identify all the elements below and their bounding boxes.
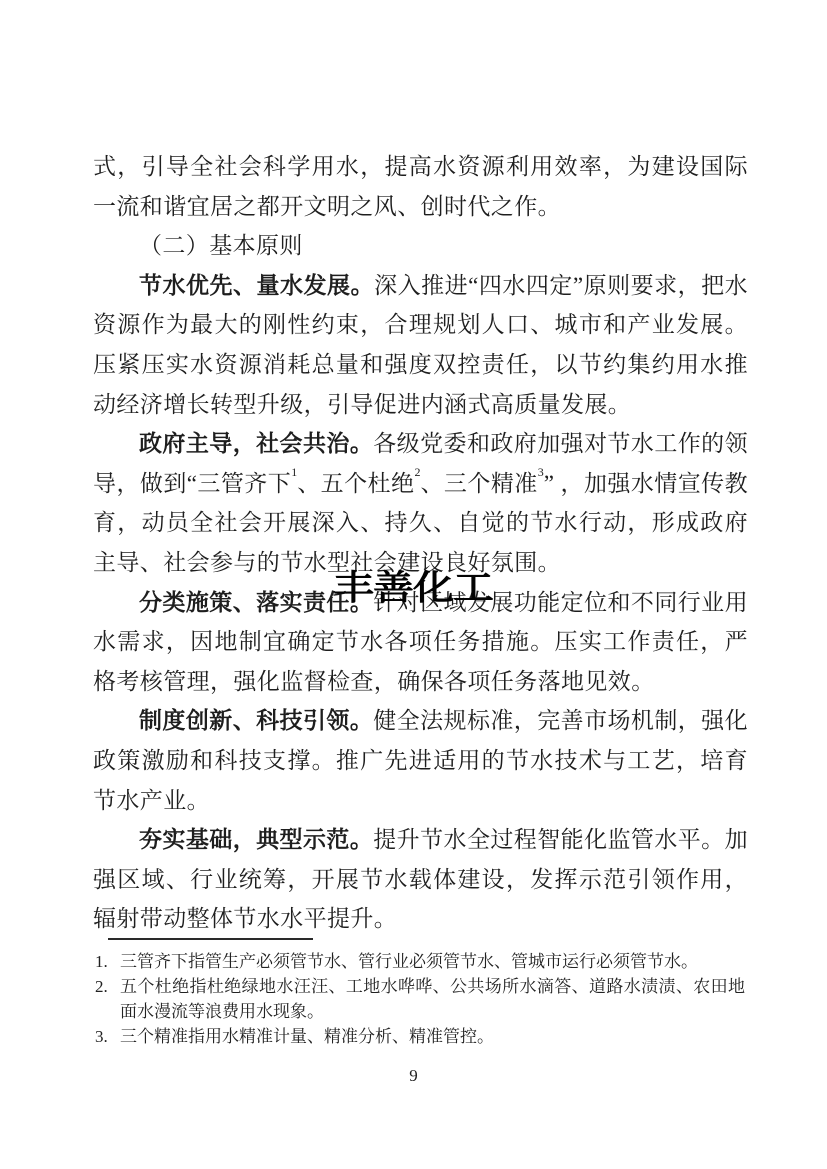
paragraph-lead: 制度创新、科技引领。 — [139, 708, 373, 733]
footnote-number: 3. — [95, 1024, 120, 1049]
footnote-ref-3: 3 — [538, 465, 544, 479]
footnote-ref-2: 2 — [414, 465, 420, 479]
paragraph-principle-government-led: 政府主导，社会共治。各级党委和政府加强对节水工作的领导，做到“三管齐下1、五个杜… — [93, 424, 748, 582]
footnote-number: 2. — [95, 974, 120, 999]
footnote-separator-line — [108, 938, 313, 940]
paragraph-principle-solid-foundation: 夯实基础，典型示范。提升节水全过程智能化监管水平。加强区域、行业统筹，开展节水载… — [93, 820, 748, 939]
paragraph-lead: 政府主导，社会共治。 — [139, 431, 373, 456]
page-number: 9 — [0, 1066, 827, 1086]
paragraph-text: 、三个精准 — [420, 471, 537, 496]
footnotes-section: 1. 三管齐下指管生产必须管节水、管行业必须管节水、管城市运行必须管节水。 2.… — [95, 938, 745, 1049]
document-body: 式，引导全社会科学用水，提高水资源利用效率，为建设国际一流和谐宜居之都开文明之风… — [93, 147, 748, 939]
paragraph-principle-institutional-innovation: 制度创新、科技引领。健全法规标准，完善市场机制，强化政策激励和科技支撑。推广先进… — [93, 701, 748, 820]
paragraph-text: 式，引导全社会科学用水，提高水资源利用效率，为建设国际一流和谐宜居之都开文明之风… — [93, 154, 748, 219]
footnote-text: 五个杜绝指杜绝绿地水汪汪、工地水哗哗、公共场所水滴答、道路水渍渍、农田地面水漫流… — [120, 974, 745, 1024]
footnote-number: 1. — [95, 949, 120, 974]
heading-text: （二）基本原则 — [139, 233, 303, 258]
document-page: 式，引导全社会科学用水，提高水资源利用效率，为建设国际一流和谐宜居之都开文明之风… — [0, 0, 827, 1169]
footnote-item: 3. 三个精准指用水精准计量、精准分析、精准管控。 — [95, 1024, 745, 1049]
footnote-ref-1: 1 — [291, 465, 297, 479]
footnote-item: 2. 五个杜绝指杜绝绿地水汪汪、工地水哗哗、公共场所水滴答、道路水渍渍、农田地面… — [95, 974, 745, 1024]
footnote-item: 1. 三管齐下指管生产必须管节水、管行业必须管节水、管城市运行必须管节水。 — [95, 949, 745, 974]
section-heading-basic-principles: （二）基本原则 — [93, 226, 748, 266]
paragraph-principle-water-saving-first: 节水优先、量水发展。深入推进“四水四定”原则要求，把水资源作为最大的刚性约束，合… — [93, 266, 748, 424]
paragraph-lead: 夯实基础，典型示范。 — [139, 827, 373, 852]
footnote-text: 三个精准指用水精准计量、精准分析、精准管控。 — [120, 1024, 745, 1049]
paragraph-text: 、五个杜绝 — [297, 471, 414, 496]
footnote-text: 三管齐下指管生产必须管节水、管行业必须管节水、管城市运行必须管节水。 — [120, 949, 745, 974]
paragraph-lead: 节水优先、量水发展。 — [139, 273, 374, 298]
watermark-text: 丰善化工 — [333, 560, 493, 610]
paragraph-continuation: 式，引导全社会科学用水，提高水资源利用效率，为建设国际一流和谐宜居之都开文明之风… — [93, 147, 748, 226]
